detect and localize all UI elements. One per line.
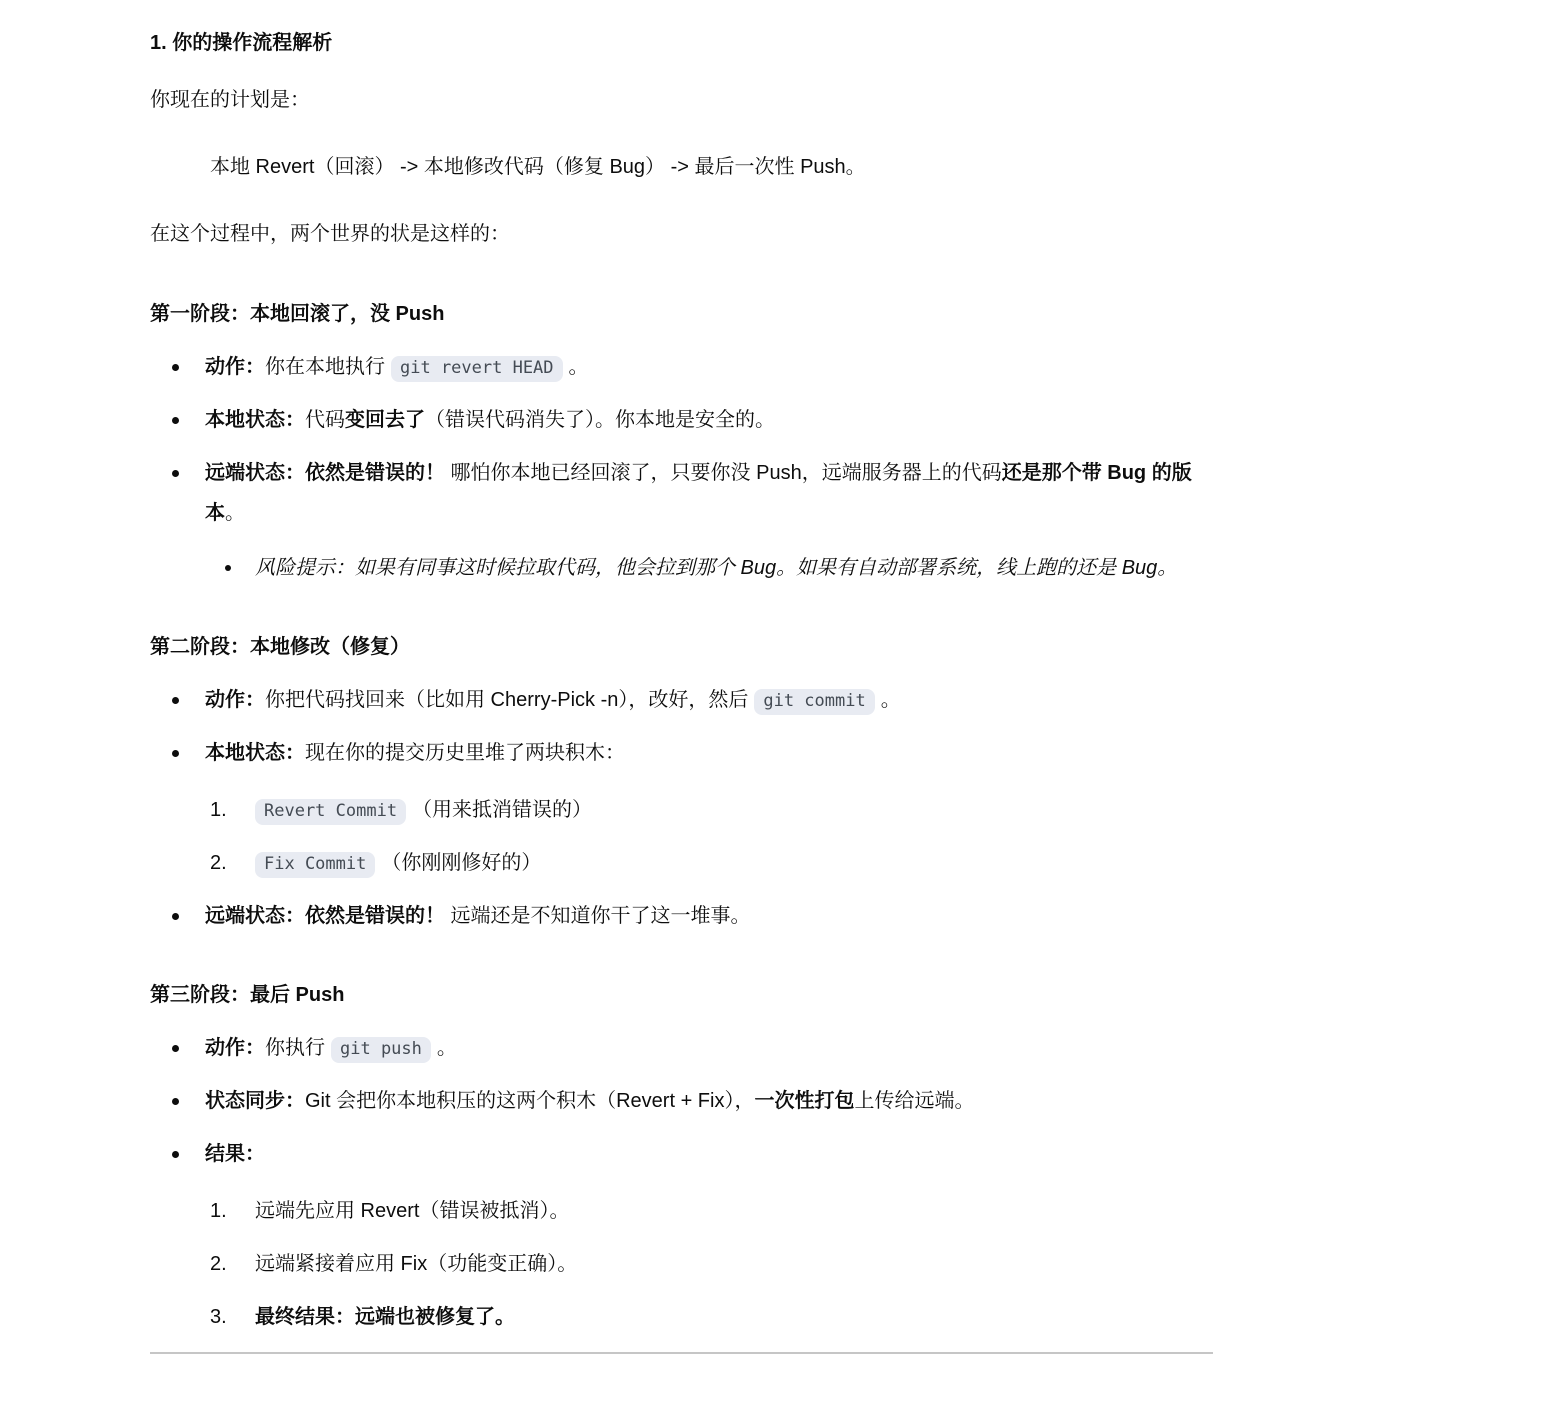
text-run: 上传给远端。: [854, 1090, 974, 1112]
document: 1. 你的操作流程解析 你现在的计划是： 本地 Revert（回滚） -> 本地…: [150, 0, 1213, 1354]
remote-state-label: 远端状态：依然是错误的！: [205, 905, 445, 927]
local-state-label: 本地状态：: [205, 742, 305, 764]
stage2-action-item: 动作：你把代码找回来（比如用 Cherry-Pick -n），改好，然后git …: [150, 680, 1213, 720]
plan-quote: 本地 Revert（回滚） -> 本地修改代码（修复 Bug） -> 最后一次性…: [150, 147, 1213, 187]
inline-code-fix-commit: Fix Commit: [255, 852, 375, 878]
context-paragraph: 在这个过程中，两个世界的状是这样的：: [150, 214, 1213, 254]
list-number: 1.: [210, 1191, 227, 1231]
list-number: 2.: [210, 843, 227, 883]
text-run: 你把代码找回来（比如用 Cherry-Pick -n），改好，然后: [265, 689, 748, 711]
text-run: （错误代码消失了）。你本地是安全的。: [425, 409, 775, 431]
action-label: 动作：: [205, 689, 265, 711]
text-run: 。: [881, 689, 901, 711]
text-run: 。: [437, 1037, 457, 1059]
stage1-heading: 第一阶段：本地回滚了，没 Push: [150, 294, 1213, 334]
stage2-remote-item: 远端状态：依然是错误的！ 远端还是不知道你干了这一堆事。: [150, 896, 1213, 936]
stage2-heading: 第二阶段：本地修改（修复）: [150, 627, 1213, 667]
inline-code-git-push: git push: [331, 1037, 431, 1063]
text-run: 远端紧接着应用 Fix（功能变正确）。: [255, 1253, 577, 1275]
list-number: 2.: [210, 1244, 227, 1284]
text-run: 远端还是不知道你干了这一堆事。: [445, 905, 751, 927]
stage2-list: 动作：你把代码找回来（比如用 Cherry-Pick -n），改好，然后git …: [150, 680, 1213, 936]
result-list: 1.远端先应用 Revert（错误被抵消）。 2.远端紧接着应用 Fix（功能变…: [205, 1191, 1213, 1337]
commit-item-revert: 1.Revert Commit（用来抵消错误的）: [205, 790, 1213, 830]
stage3-heading: 第三阶段：最后 Push: [150, 975, 1213, 1015]
remote-state-label: 远端状态：依然是错误的！: [205, 462, 445, 484]
commit-item-fix: 2.Fix Commit（你刚刚修好的）: [205, 843, 1213, 883]
stage1-action-item: 动作：你在本地执行git revert HEAD。: [150, 347, 1213, 387]
intro-paragraph: 你现在的计划是：: [150, 80, 1213, 120]
text-run: Git 会把你本地积压的这两个积木（Revert + Fix），: [305, 1090, 754, 1112]
inline-code-git-commit: git commit: [754, 689, 874, 715]
document-canvas: 1. 你的操作流程解析 你现在的计划是： 本地 Revert（回滚） -> 本地…: [0, 0, 1551, 1413]
action-label: 动作：: [205, 1037, 265, 1059]
result-item-1: 1.远端先应用 Revert（错误被抵消）。: [205, 1191, 1213, 1231]
section-divider: [150, 1352, 1213, 1354]
result-item-3: 3.最终结果：远端也被修复了。: [205, 1297, 1213, 1337]
bold-run: 一次性打包: [754, 1090, 854, 1112]
text-run: 远端先应用 Revert（错误被抵消）。: [255, 1200, 569, 1222]
text-run: 你在本地执行: [265, 356, 385, 378]
text-run: 。: [225, 502, 245, 524]
stage3-list: 动作：你执行git push。 状态同步：Git 会把你本地积压的这两个积木（R…: [150, 1028, 1213, 1337]
list-number: 1.: [210, 790, 227, 830]
inline-code-git-revert: git revert HEAD: [391, 356, 563, 382]
stage1-local-item: 本地状态：代码变回去了（错误代码消失了）。你本地是安全的。: [150, 400, 1213, 440]
action-label: 动作：: [205, 356, 265, 378]
text-run: 哪怕你本地已经回滚了，只要你没 Push，远端服务器上的代码: [445, 462, 1002, 484]
text-run: 现在你的提交历史里堆了两块积木：: [305, 742, 625, 764]
stage1-remote-item: 远端状态：依然是错误的！ 哪怕你本地已经回滚了，只要你没 Push，远端服务器上…: [150, 453, 1213, 588]
sync-state-label: 状态同步：: [205, 1090, 305, 1112]
bold-run: 变回去了: [345, 409, 425, 431]
stage3-action-item: 动作：你执行git push。: [150, 1028, 1213, 1068]
plan-quote-text: 本地 Revert（回滚） -> 本地修改代码（修复 Bug） -> 最后一次性…: [210, 156, 866, 178]
bold-run: 最终结果：远端也被修复了。: [255, 1306, 515, 1328]
risk-note-text: 风险提示：如果有同事这时候拉取代码，他会拉到那个 Bug。如果有自动部署系统，线…: [255, 557, 1177, 579]
stage3-result-item: 结果： 1.远端先应用 Revert（错误被抵消）。 2.远端紧接着应用 Fix…: [150, 1134, 1213, 1337]
risk-note-item: 风险提示：如果有同事这时候拉取代码，他会拉到那个 Bug。如果有自动部署系统，线…: [205, 548, 1213, 588]
text-run: （用来抵消错误的）: [412, 799, 592, 821]
text-run: 代码: [305, 409, 345, 431]
text-run: 。: [569, 356, 589, 378]
doc-title: 1. 你的操作流程解析: [150, 23, 1213, 63]
stage3-sync-item: 状态同步：Git 会把你本地积压的这两个积木（Revert + Fix），一次性…: [150, 1081, 1213, 1121]
inline-code-revert-commit: Revert Commit: [255, 799, 406, 825]
local-state-label: 本地状态：: [205, 409, 305, 431]
text-run: （你刚刚修好的）: [381, 852, 541, 874]
result-item-2: 2.远端紧接着应用 Fix（功能变正确）。: [205, 1244, 1213, 1284]
stage1-risk-sublist: 风险提示：如果有同事这时候拉取代码，他会拉到那个 Bug。如果有自动部署系统，线…: [205, 548, 1213, 588]
list-number: 3.: [210, 1297, 227, 1337]
text-run: 你执行: [265, 1037, 325, 1059]
commit-stack-list: 1.Revert Commit（用来抵消错误的） 2.Fix Commit（你刚…: [205, 790, 1213, 883]
stage1-list: 动作：你在本地执行git revert HEAD。 本地状态：代码变回去了（错误…: [150, 347, 1213, 588]
result-label: 结果：: [205, 1143, 265, 1165]
stage2-local-item: 本地状态：现在你的提交历史里堆了两块积木： 1.Revert Commit（用来…: [150, 733, 1213, 883]
